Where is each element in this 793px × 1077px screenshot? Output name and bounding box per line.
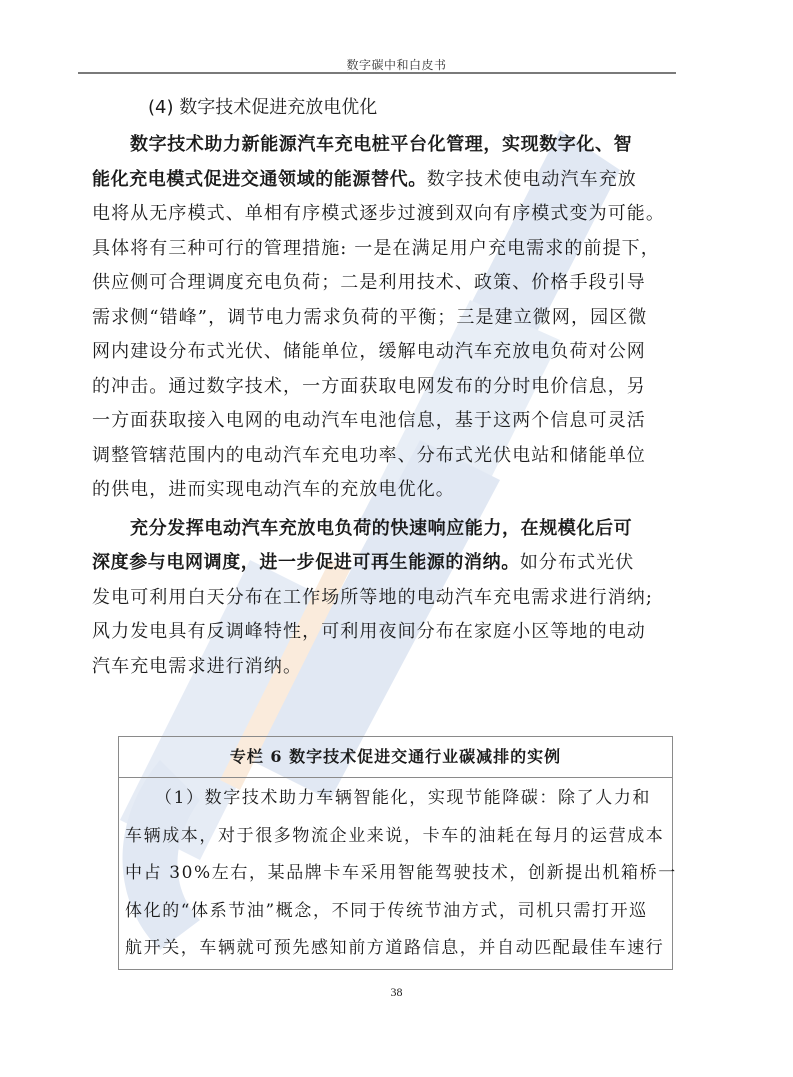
text-line: 供应侧可合理调度充电负荷；二是利用技术、政策、价格手段引导 bbox=[92, 266, 675, 301]
text-line: 能化充电模式促进交通领域的能源替代。数字技术使电动汽车充放 bbox=[92, 163, 675, 198]
text-line: 中占 30%左右，某品牌卡车采用智能驾驶技术，创新提出机箱桥一 bbox=[125, 855, 666, 893]
text-line: 航开关，车辆就可预先感知前方道路信息，并自动匹配最佳车速行 bbox=[125, 930, 666, 968]
text-line: 深度参与电网调度，进一步促进可再生能源的消纳。如分布式光伏 bbox=[92, 546, 675, 581]
text-line: 网内建设分布式光伏、储能单位，缓解电动汽车充放电负荷对公网 bbox=[92, 335, 675, 370]
text-line: 的供电，进而实现电动汽车的充放电优化。 bbox=[92, 473, 675, 508]
sidebar-box-title: 专栏 6 数字技术促进交通行业碳减排的实例 bbox=[119, 737, 672, 778]
text-line: 电将从无序模式、单相有序模式逐步过渡到双向有序模式变为可能。 bbox=[92, 197, 675, 232]
running-header: 数字碳中和白皮书 bbox=[0, 56, 793, 73]
main-content: (4) 数字技术促进充放电优化 数字技术助力新能源汽车充电桩平台化管理，实现数字… bbox=[120, 88, 675, 684]
text-line: 汽车充电需求进行消纳。 bbox=[92, 650, 675, 685]
page-number: 38 bbox=[0, 985, 793, 1000]
text-line: 需求侧“错峰”，调节电力需求负荷的平衡；三是建立微网，园区微 bbox=[92, 301, 675, 336]
text-line: 车辆成本，对于很多物流企业来说，卡车的油耗在每月的运营成本 bbox=[125, 818, 666, 856]
text-line: 一方面获取接入电网的电动汽车电池信息，基于这两个信息可灵活 bbox=[92, 404, 675, 439]
paragraph-charging-optimization: 数字技术助力新能源汽车充电桩平台化管理，实现数字化、智 能化充电模式促进交通领域… bbox=[92, 128, 675, 508]
header-rule bbox=[78, 72, 676, 74]
sidebar-box-body: （1）数字技术助力车辆智能化，实现节能降碳：除了人力和 车辆成本，对于很多物流企… bbox=[119, 778, 672, 968]
paragraph-grid-dispatch: 充分发挥电动汽车充放电负荷的快速响应能力，在规模化后可 深度参与电网调度，进一步… bbox=[92, 512, 675, 685]
text-line: 发电可利用白天分布在工作场所等地的电动汽车充电需求进行消纳; bbox=[92, 581, 675, 616]
text-line: （1）数字技术助力车辆智能化，实现节能降碳：除了人力和 bbox=[125, 780, 666, 818]
text-line: 数字技术助力新能源汽车充电桩平台化管理，实现数字化、智 bbox=[92, 128, 675, 163]
document-page: 数字碳中和白皮书 (4) 数字技术促进充放电优化 数字技术助力新能源汽车充电桩平… bbox=[0, 0, 793, 1077]
text-line: 充分发挥电动汽车充放电负荷的快速响应能力，在规模化后可 bbox=[92, 512, 675, 547]
text-line: 具体将有三种可行的管理措施: 一是在满足用户充电需求的前提下， bbox=[92, 232, 675, 267]
section-heading: (4) 数字技术促进充放电优化 bbox=[120, 88, 675, 128]
sidebar-box-case-study: 专栏 6 数字技术促进交通行业碳减排的实例 （1）数字技术助力车辆智能化，实现节… bbox=[118, 736, 673, 970]
text-line: 调整管辖范围内的电动汽车充电功率、分布式光伏电站和储能单位 bbox=[92, 439, 675, 474]
text-line: 体化的“体系节油”概念，不同于传统节油方式，司机只需打开巡 bbox=[125, 893, 666, 931]
text-line: 的冲击。通过数字技术，一方面获取电网发布的分时电价信息，另 bbox=[92, 370, 675, 405]
text-line: 风力发电具有反调峰特性，可利用夜间分布在家庭小区等地的电动 bbox=[92, 615, 675, 650]
